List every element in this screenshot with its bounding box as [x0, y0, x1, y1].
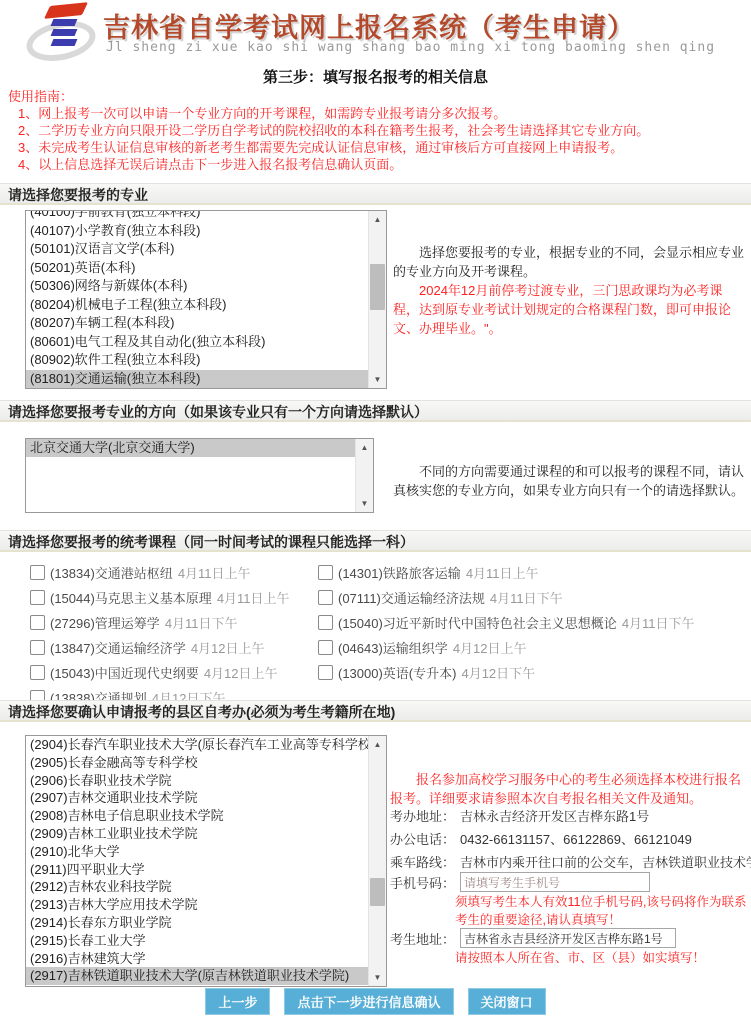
course-label: (15040)习近平新时代中国特色社会主义思想概论 — [338, 613, 617, 632]
course-time: 4月12日上午 — [453, 638, 527, 657]
office-option[interactable]: (2911)四平职业大学 — [26, 861, 369, 879]
course-label: (13834)交通港站枢纽 — [50, 563, 173, 582]
course-label: (14301)铁路旅客运输 — [338, 563, 461, 582]
major-option[interactable]: (50101)汉语言文学(本科) — [26, 240, 369, 259]
office-listbox[interactable]: (2904)长春汽车职业技术大学(原长春汽车工业高等专科学校) (2905)长春… — [25, 735, 387, 987]
office-option[interactable]: (2912)吉林农业科技学院 — [26, 878, 369, 896]
next-step-confirm-button[interactable]: 点击下一步进行信息确认 — [284, 988, 453, 1015]
office-option[interactable]: (2909)吉林工业职业技术学院 — [26, 825, 369, 843]
direction-note: 不同的方向需要通过课程的和可以报考的课程不同，请认真核实您的专业方向，如果专业方… — [393, 462, 745, 500]
office-scrollbar[interactable]: ▲ ▼ — [368, 736, 386, 986]
office-route-row: 乘车路线： 吉林市内乘开往口前的公交车，吉林铁道职业技术学院站 — [390, 852, 751, 871]
course-time: 4月12日上午 — [191, 638, 265, 657]
direction-option-selected[interactable]: 北京交通大学(北京交通大学) — [26, 439, 356, 457]
course-row[interactable]: (15040)习近平新时代中国特色社会主义思想概论 4月11日下午 — [318, 610, 748, 635]
office-option[interactable]: (2906)长春职业技术学院 — [26, 772, 369, 790]
direction-note-text: 不同的方向需要通过课程的和可以报考的课程不同，请认真核实您的专业方向，如果专业方… — [393, 462, 745, 500]
logo-bar-shape — [51, 19, 78, 26]
scroll-down-icon[interactable]: ▼ — [356, 495, 373, 512]
course-checkbox[interactable] — [318, 640, 333, 655]
course-row[interactable]: (13847)交通运输经济学 4月12日上午 — [30, 635, 318, 660]
candidate-address-input[interactable] — [460, 928, 676, 948]
office-address-label: 考办地址： — [390, 806, 460, 825]
page-header: 吉林省自学考试网上报名系统（考生申请） Jl sheng zi xue kao … — [0, 0, 751, 60]
section-header-direction: 请选择您要报考专业的方向（如果该专业只有一个方向请选择默认） — [0, 400, 751, 422]
direction-scrollbar[interactable]: ▲ ▼ — [355, 439, 373, 512]
section-header-office: 请选择您要确认申请报考的县区自考办(必须为考生考籍所在地) — [0, 700, 751, 722]
course-checkbox[interactable] — [30, 640, 45, 655]
mobile-label: 手机号码： — [390, 873, 460, 892]
step-title: 第三步：填写报名报考的相关信息 — [0, 66, 751, 87]
office-address-value: 吉林永吉经济开发区吉桦东路1号 — [460, 806, 649, 825]
scroll-down-icon[interactable]: ▼ — [369, 969, 386, 986]
mobile-note: 须填写考生本人有效11位手机号码,该号码将作为联系考生的重要途径,请认真填写！ — [455, 893, 750, 929]
course-checkbox[interactable] — [30, 590, 45, 605]
scrollbar-track[interactable] — [369, 228, 386, 371]
major-note-red: 2024年12月前停考过渡专业，三门思政课均为必考课程，达到原专业考试计划规定的… — [393, 281, 745, 338]
scroll-up-icon[interactable]: ▲ — [356, 439, 373, 456]
office-option[interactable]: (2907)吉林交通职业技术学院 — [26, 789, 369, 807]
course-row[interactable]: (07111)交通运输经济法规 4月11日下午 — [318, 585, 748, 610]
course-label: (15044)马克思主义基本原理 — [50, 588, 212, 607]
major-option[interactable]: (80204)机械电子工程(独立本科段) — [26, 296, 369, 315]
course-time: 4月11日上午 — [217, 588, 290, 607]
direction-listbox[interactable]: 北京交通大学(北京交通大学) ▲ ▼ — [25, 438, 374, 513]
guide-item-1: 1、网上报考一次可以申请一个专业方向的开考课程，如需跨专业报考请分多次报考。 — [8, 105, 748, 122]
office-option[interactable]: (2915)长春工业大学 — [26, 932, 369, 950]
course-label: (27296)管理运筹学 — [50, 613, 160, 632]
office-option[interactable]: (2914)长春东方职业学院 — [26, 914, 369, 932]
course-checkbox[interactable] — [30, 665, 45, 680]
major-option[interactable]: (40100)学前教育(独立本科段) — [26, 210, 369, 222]
course-label: (07111)交通运输经济法规 — [338, 588, 485, 607]
course-time: 4月11日上午 — [466, 563, 539, 582]
major-option[interactable]: (80207)车辆工程(本科段) — [26, 314, 369, 333]
major-scrollbar[interactable]: ▲ ▼ — [368, 211, 386, 388]
candidate-address-label: 考生地址： — [390, 929, 460, 948]
major-note: 选择您要报考的专业，根据专业的不同，会显示相应专业的专业方向及开考课程。 202… — [393, 243, 745, 338]
office-phone-row: 办公电话： 0432-66131157、66122869、66121049 — [390, 829, 692, 848]
registration-page: 吉林省自学考试网上报名系统（考生申请） Jl sheng zi xue kao … — [0, 0, 751, 1024]
scrollbar-track[interactable] — [369, 753, 386, 969]
major-option-selected[interactable]: (81801)交通运输(独立本科段) — [26, 370, 369, 389]
guide-item-4: 4、以上信息选择无误后请点击下一步进入报名报考信息确认页面。 — [8, 156, 748, 173]
major-option[interactable]: (80601)电气工程及其自动化(独立本科段) — [26, 333, 369, 352]
office-option[interactable]: (2908)吉林电子信息职业技术学院 — [26, 807, 369, 825]
course-column-right: (14301)铁路旅客运输 4月11日上午 (07111)交通运输经济法规 4月… — [318, 560, 748, 685]
course-row[interactable]: (27296)管理运筹学 4月11日下午 — [30, 610, 318, 635]
office-option[interactable]: (2904)长春汽车职业技术大学(原长春汽车工业高等专科学校) — [26, 736, 369, 754]
bottom-button-row: 上一步 点击下一步进行信息确认 关闭窗口 — [0, 988, 751, 1015]
major-listbox[interactable]: (40100)学前教育(独立本科段) (40107)小学教育(独立本科段) (5… — [25, 210, 387, 389]
scroll-up-icon[interactable]: ▲ — [369, 211, 386, 228]
major-option[interactable]: (50306)网络与新媒体(本科) — [26, 277, 369, 296]
course-row[interactable]: (04643)运输组织学 4月12日上午 — [318, 635, 748, 660]
course-checkbox[interactable] — [30, 565, 45, 580]
course-time: 4月11日下午 — [165, 613, 238, 632]
course-row[interactable]: (15044)马克思主义基本原理 4月11日上午 — [30, 585, 318, 610]
major-option[interactable]: (50201)英语(本科) — [26, 259, 369, 278]
office-address-row: 考办地址： 吉林永吉经济开发区吉桦东路1号 — [390, 806, 649, 825]
usage-guide: 使用指南： 1、网上报考一次可以申请一个专业方向的开考课程，如需跨专业报考请分多… — [8, 88, 748, 173]
scrollbar-thumb[interactable] — [370, 878, 385, 906]
course-label: (13847)交通运输经济学 — [50, 638, 186, 657]
major-option[interactable]: (40107)小学教育(独立本科段) — [26, 222, 369, 241]
course-checkbox[interactable] — [30, 615, 45, 630]
course-time: 4月11日下午 — [622, 613, 695, 632]
mobile-row: 手机号码： — [390, 872, 650, 892]
course-time: 4月12日上午 — [204, 663, 278, 682]
logo-bar-shape — [51, 29, 78, 36]
course-row[interactable]: (13000)英语(专升本) 4月12日下午 — [318, 660, 748, 685]
office-option[interactable]: (2910)北华大学 — [26, 843, 369, 861]
course-time: 4月12日下午 — [461, 663, 535, 682]
app-logo-icon — [26, 2, 98, 58]
course-column-left: (13834)交通港站枢纽 4月11日上午 (15044)马克思主义基本原理 4… — [30, 560, 318, 710]
course-checkbox[interactable] — [318, 665, 333, 680]
course-label: (13000)英语(专升本) — [338, 663, 456, 682]
guide-item-3: 3、未完成考生认证信息审核的新老考生都需要先完成认证信息审核，通过审核后方可直接… — [8, 139, 748, 156]
office-note-text: 报名参加高校学习服务中心的考生必须选择本校进行报名报考。详细要求请参照本次自考报… — [390, 770, 748, 808]
office-phone-label: 办公电话： — [390, 829, 460, 848]
guide-item-2: 2、二学历专业方向只限开设二学历自学考试的院校招收的本科在籍考生报考，社会考生请… — [8, 122, 748, 139]
office-note-red: 报名参加高校学习服务中心的考生必须选择本校进行报名报考。详细要求请参照本次自考报… — [390, 770, 748, 808]
course-label: (04643)运输组织学 — [338, 638, 448, 657]
course-time: 4月11日下午 — [490, 588, 563, 607]
logo-roof-shape — [44, 2, 88, 19]
scroll-down-icon[interactable]: ▼ — [369, 371, 386, 388]
scrollbar-thumb[interactable] — [370, 264, 385, 310]
app-subtitle-pinyin: Jl sheng zi xue kao shi wang shang bao m… — [106, 40, 715, 55]
office-option[interactable]: (2916)吉林建筑大学 — [26, 950, 369, 968]
major-option[interactable]: (80902)软件工程(独立本科段) — [26, 351, 369, 370]
mobile-input[interactable] — [460, 872, 650, 892]
course-row[interactable]: (14301)铁路旅客运输 4月11日上午 — [318, 560, 748, 585]
course-row[interactable]: (15043)中国近现代史纲要 4月12日上午 — [30, 660, 318, 685]
section-header-courses: 请选择您要报考的统考课程（同一时间考试的课程只能选择一科） — [0, 530, 751, 552]
course-time: 4月11日上午 — [178, 563, 251, 582]
office-route-value: 吉林市内乘开往口前的公交车，吉林铁道职业技术学院站 — [460, 852, 751, 871]
course-row[interactable]: (13834)交通港站枢纽 4月11日上午 — [30, 560, 318, 585]
candidate-address-row: 考生地址： — [390, 928, 676, 948]
course-checkbox[interactable] — [318, 615, 333, 630]
scroll-up-icon[interactable]: ▲ — [369, 736, 386, 753]
course-checkbox[interactable] — [318, 565, 333, 580]
course-label: (15043)中国近现代史纲要 — [50, 663, 199, 682]
office-option[interactable]: (2905)长春金融高等专科学校 — [26, 754, 369, 772]
office-phone-value: 0432-66131157、66122869、66121049 — [460, 829, 692, 848]
close-window-button[interactable]: 关闭窗口 — [468, 988, 546, 1015]
major-note-black: 选择您要报考的专业，根据专业的不同，会显示相应专业的专业方向及开考课程。 — [393, 243, 745, 281]
course-checkbox[interactable] — [318, 590, 333, 605]
office-option[interactable]: (2913)吉林大学应用技术学院 — [26, 896, 369, 914]
guide-label: 使用指南： — [8, 88, 748, 105]
prev-step-button[interactable]: 上一步 — [205, 988, 270, 1015]
logo-bar-shape — [51, 39, 78, 46]
section-header-major: 请选择您要报考的专业 — [0, 183, 751, 205]
candidate-address-note: 请按照本人所在省、市、区（县）如实填写！ — [455, 949, 750, 967]
office-option-selected[interactable]: (2917)吉林铁道职业技术大学(原吉林铁道职业技术学院) — [26, 967, 369, 985]
office-route-label: 乘车路线： — [390, 852, 460, 871]
